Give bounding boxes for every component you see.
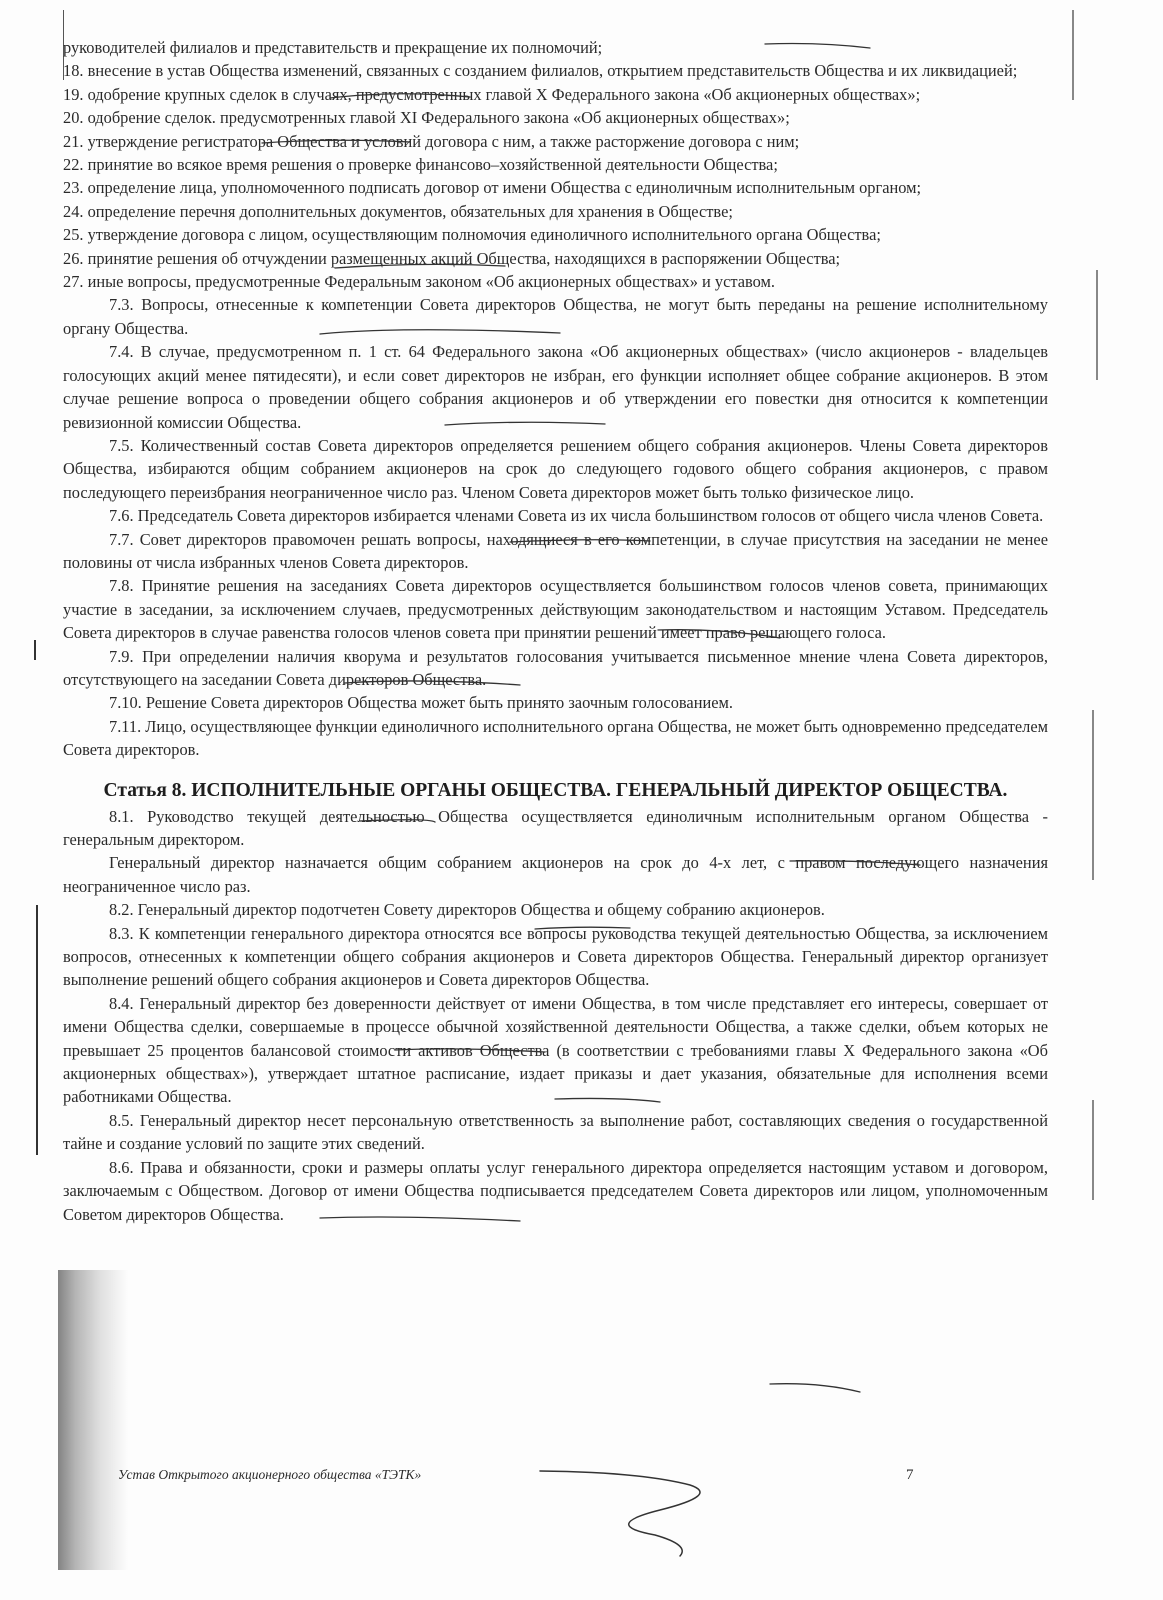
list-item: 19. одобрение крупных сделок в случаях, … <box>63 83 1048 106</box>
document-body: руководителей филиалов и представительст… <box>63 36 1048 1226</box>
paragraph-7-4: 7.4. В случае, предусмотренном п. 1 ст. … <box>63 340 1048 434</box>
list-item: 18. внесение в устав Общества изменений,… <box>63 59 1048 82</box>
list-item: 23. определение лица, уполномоченного по… <box>63 176 1048 199</box>
paragraph-7-10: 7.10. Решение Совета директоров Общества… <box>63 691 1048 714</box>
scan-margin-line <box>1096 270 1098 380</box>
paragraph-7-8: 7.8. Принятие решения на заседаниях Сове… <box>63 574 1048 644</box>
paragraph-7-6: 7.6. Председатель Совета директоров изби… <box>63 504 1048 527</box>
paragraph-8-5: 8.5. Генеральный директор несет персонал… <box>63 1109 1048 1156</box>
list-item: 21. утверждение регистратора Общества и … <box>63 130 1048 153</box>
paragraph-8-1: 8.1. Руководство текущей деятельностью О… <box>63 805 1048 852</box>
list-item: 24. определение перечня дополнительных д… <box>63 200 1048 223</box>
scan-edge-shadow <box>58 1270 128 1570</box>
paragraph-8-2: 8.2. Генеральный директор подотчетен Сов… <box>63 898 1048 921</box>
footer-document-title: Устав Открытого акционерного общества «Т… <box>118 1467 918 1483</box>
list-item: 25. утверждение договора с лицом, осущес… <box>63 223 1048 246</box>
scan-margin-line <box>1072 10 1074 100</box>
scan-margin-line <box>36 905 38 1155</box>
paragraph-8-1-appointment: Генеральный директор назначается общим с… <box>63 851 1048 898</box>
list-item: 20. одобрение сделок. предусмотренных гл… <box>63 106 1048 129</box>
list-item: 27. иные вопросы, предусмотренные Федера… <box>63 270 1048 293</box>
scan-margin-line <box>1092 710 1094 880</box>
paragraph-8-6: 8.6. Права и обязанности, сроки и размер… <box>63 1156 1048 1226</box>
paragraph-7-5: 7.5. Количественный состав Совета директ… <box>63 434 1048 504</box>
page-number: 7 <box>906 1467 914 1484</box>
paragraph-7-9: 7.9. При определении наличия кворума и р… <box>63 645 1048 692</box>
list-item: 22. принятие во всякое время решения о п… <box>63 153 1048 176</box>
article-8-heading: Статья 8. ИСПОЛНИТЕЛЬНЫЕ ОРГАНЫ ОБЩЕСТВА… <box>63 778 1048 803</box>
paragraph-8-3: 8.3. К компетенции генерального директор… <box>63 922 1048 992</box>
scan-margin-line <box>1092 1100 1094 1200</box>
scan-margin-line <box>34 640 36 660</box>
list-item: руководителей филиалов и представительст… <box>63 36 1048 59</box>
scanned-page: руководителей филиалов и представительст… <box>0 0 1163 1600</box>
paragraph-7-3: 7.3. Вопросы, отнесенные к компетенции С… <box>63 293 1048 340</box>
paragraph-8-4: 8.4. Генеральный директор без довереннос… <box>63 992 1048 1109</box>
paragraph-7-11: 7.11. Лицо, осуществляющее функции едино… <box>63 715 1048 762</box>
paragraph-7-7: 7.7. Совет директоров правомочен решать … <box>63 528 1048 575</box>
list-item: 26. принятие решения об отчуждении разме… <box>63 247 1048 270</box>
